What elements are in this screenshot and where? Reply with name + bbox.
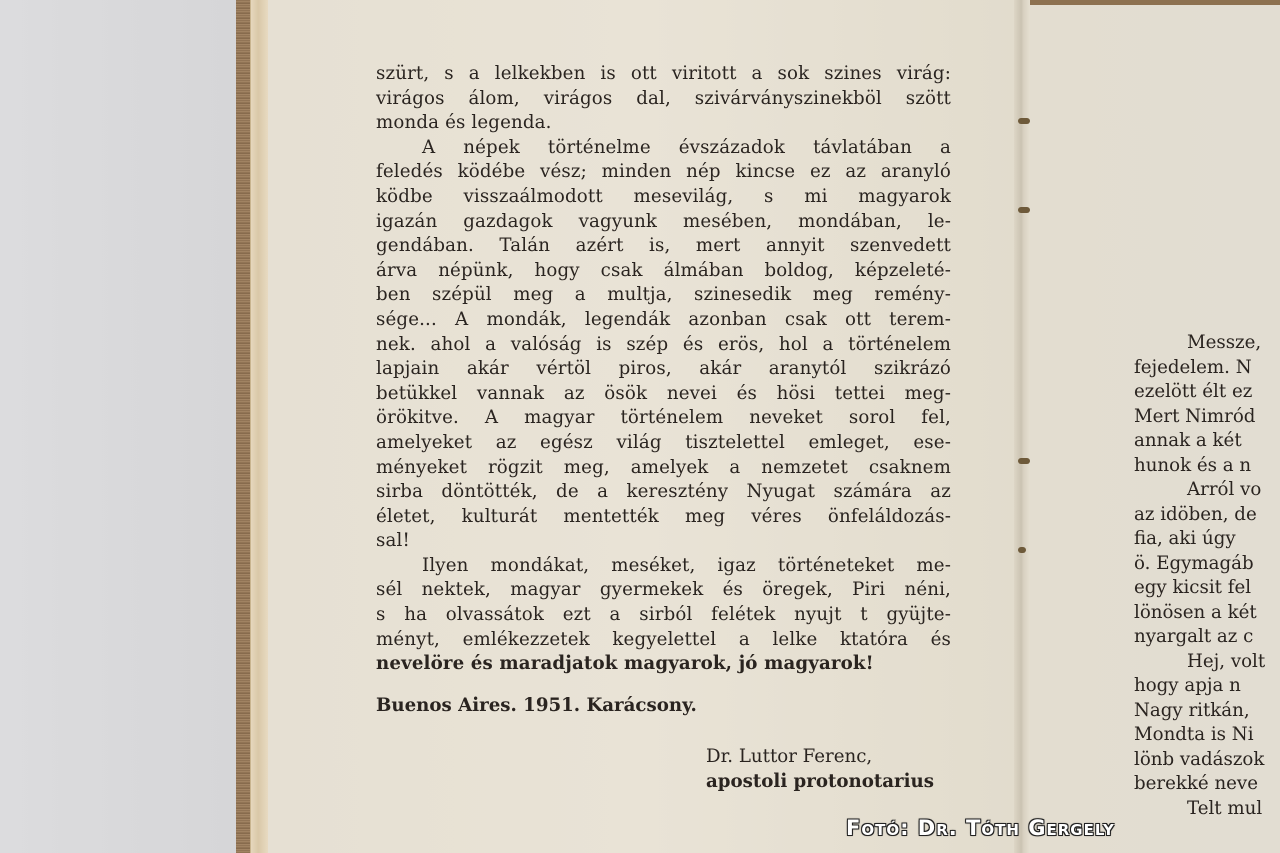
book-cover-cloth-edge (236, 0, 250, 853)
book-gutter (1014, 0, 1030, 853)
book-cover-top-edge (1030, 0, 1280, 5)
paragraph-3: Ilyen mondákat, meséket, igaz történetek… (376, 554, 951, 677)
binding-stitch (1018, 547, 1026, 553)
signature-title: apostoli protonotarius (706, 769, 934, 794)
text-line: Arról vo (1134, 478, 1280, 503)
text-line: hunok és a n (1134, 454, 1280, 479)
text-line: A népek történelme évszázadok távlatában… (376, 136, 951, 161)
text-line: ményeket rögzit meg, amelyek a nemzetet … (376, 456, 951, 481)
text-line: nyargalt az c (1134, 625, 1280, 650)
text-line: amelyeket az egész világ tisztelettel em… (376, 431, 951, 456)
left-page-text: szürt, s a lelkekben is ott viritott a s… (376, 62, 951, 677)
text-line: Messze, (1134, 331, 1280, 356)
text-line: lapjain akár vértöl piros, akár aranytól… (376, 357, 951, 382)
text-line: Mert Nimród (1134, 405, 1280, 430)
text-line: árva népünk, hogy csak álmában boldog, k… (376, 259, 951, 284)
text-line: nek. ahol a valóság is szép és erös, hol… (376, 333, 951, 358)
text-line: ben szépül meg a multja, szinesedik meg … (376, 283, 951, 308)
text-line: igazán gazdagok vagyunk mesében, mondába… (376, 210, 951, 235)
text-line: Ilyen mondákat, meséket, igaz történetek… (376, 554, 951, 579)
text-line: Telt mul (1134, 797, 1280, 822)
text-line: gendában. Talán azért is, mert annyit sz… (376, 234, 951, 259)
text-line: sal! (376, 529, 951, 554)
text-line: Hej, volt (1134, 650, 1280, 675)
text-line: szürt, s a lelkekben is ott viritott a s… (376, 62, 951, 87)
text-line: s ha olvassátok ezt a sirból felétek nyu… (376, 603, 951, 628)
text-line: fia, aki úgy (1134, 527, 1280, 552)
text-line: virágos álom, virágos dal, szivárványszi… (376, 87, 951, 112)
text-line: betükkel vannak az ösök nevei és hösi te… (376, 382, 951, 407)
text-line: nevelöre és maradjatok magyarok, jó magy… (376, 652, 951, 677)
text-line: berekké neve (1134, 772, 1280, 797)
paragraph-2: A népek történelme évszázadok távlatában… (376, 136, 951, 554)
text-line: ö. Egymagáb (1134, 552, 1280, 577)
text-line: sél nektek, magyar gyermekek és öregek, … (376, 578, 951, 603)
text-line: sirba döntötték, de a keresztény Nyugat … (376, 480, 951, 505)
text-line: lönb vadászok (1134, 748, 1280, 773)
page-stack-edge (250, 0, 269, 853)
place-and-date: Buenos Aires. 1951. Karácsony. (376, 695, 697, 716)
text-line: ködbe visszaálmodott mesevilág, s mi mag… (376, 185, 951, 210)
text-line: Nagy ritkán, (1134, 699, 1280, 724)
text-line: sége... A mondák, legendák azonban csak … (376, 308, 951, 333)
text-line: fejedelem. N (1134, 356, 1280, 381)
text-line: örökitve. A magyar történelem neveket so… (376, 406, 951, 431)
text-line: ményt, emlékezzetek kegyelettel a lelke … (376, 628, 951, 653)
text-line: Mondta is Ni (1134, 723, 1280, 748)
photo-credit-watermark: Fotó: Dr. Tóth Gergely (846, 816, 1115, 840)
text-line: életet, kulturát mentették meg véres önf… (376, 505, 951, 530)
background-surface (0, 0, 240, 853)
text-line: annak a két (1134, 429, 1280, 454)
signature-block: Dr. Luttor Ferenc, apostoli protonotariu… (706, 744, 934, 794)
text-line: monda és legenda. (376, 111, 951, 136)
binding-stitch (1018, 458, 1030, 464)
text-line: feledés ködébe vész; minden nép kincse e… (376, 160, 951, 185)
right-page-text: Messze, fejedelem. N ezelött élt ez Mert… (1134, 331, 1280, 821)
text-line: hogy apja n (1134, 674, 1280, 699)
binding-stitch (1018, 118, 1030, 124)
paragraph-1: szürt, s a lelkekben is ott viritott a s… (376, 62, 951, 136)
text-line: az idöben, de (1134, 503, 1280, 528)
text-line: ezelött élt ez (1134, 380, 1280, 405)
binding-stitch (1018, 207, 1030, 213)
signature-name: Dr. Luttor Ferenc, (706, 744, 934, 769)
text-line: lönösen a két (1134, 601, 1280, 626)
text-line: egy kicsit fel (1134, 576, 1280, 601)
